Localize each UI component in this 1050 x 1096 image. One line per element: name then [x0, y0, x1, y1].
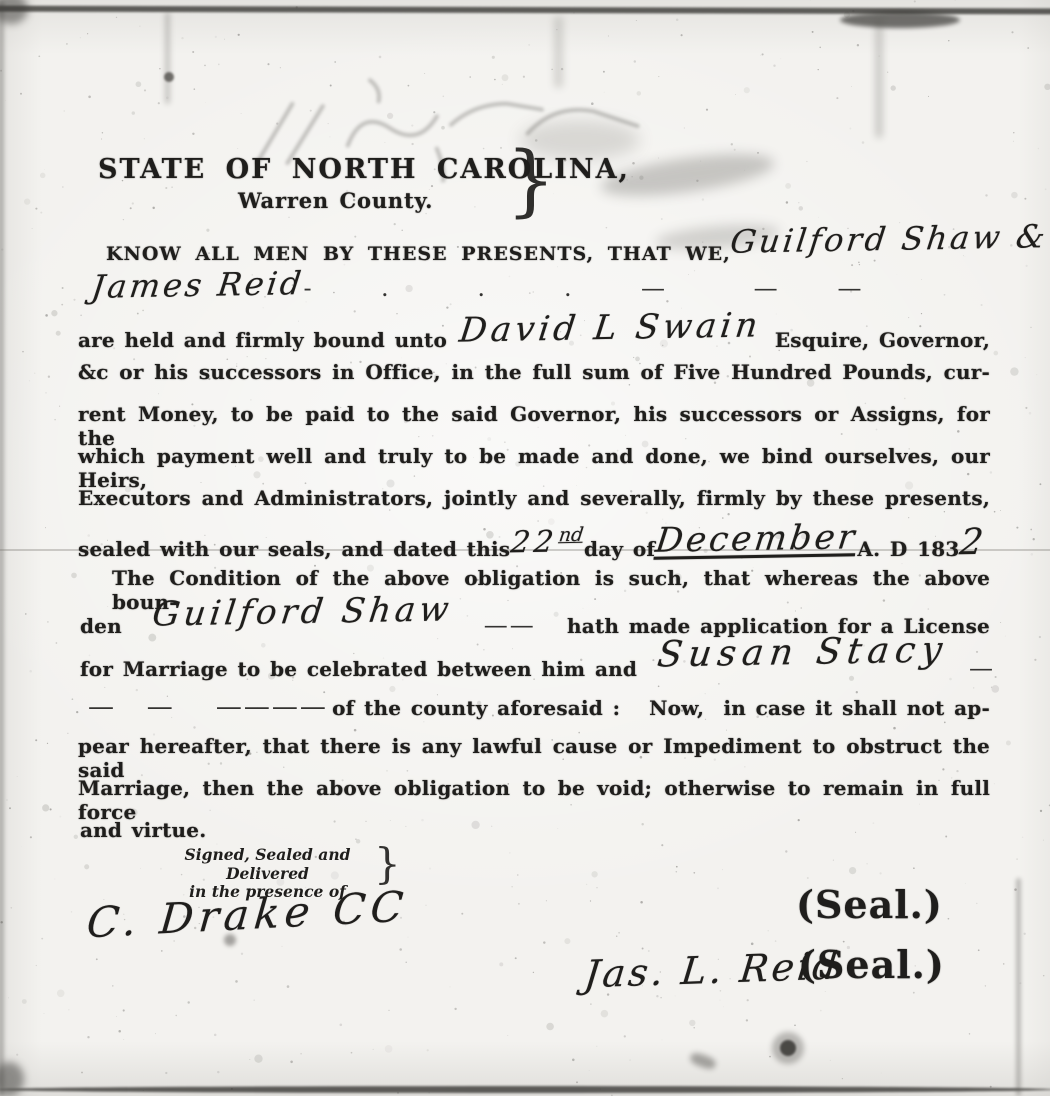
- den-dash: ——: [484, 611, 536, 639]
- seal-bottom: (Seal.): [798, 942, 945, 987]
- bound-printed-post: Esquire, Governor,: [775, 328, 990, 352]
- document-text: STATE OF NORTH CAROLINA, } Warren County…: [0, 0, 1050, 1096]
- body-line-rent: rent Money, to be paid to the said Gover…: [78, 402, 990, 450]
- filler-dashes: - . . . — — —: [304, 274, 864, 302]
- dated-printed-mid: day of: [584, 537, 655, 561]
- bound-line: are held and firmly bound unto David L S…: [78, 316, 990, 356]
- principal1-name-handwritten: Guilford Shaw &: [728, 217, 1050, 261]
- attest-brace: }: [374, 843, 401, 885]
- day-handwritten: 22: [509, 525, 560, 561]
- body-line-payment: which payment well and truly to be made …: [78, 444, 990, 492]
- body-line-virtue: and virtue.: [80, 818, 206, 842]
- opening-line: KNOW ALL MEN BY THESE PRESENTS, THAT WE,…: [106, 230, 990, 268]
- seal-top: (Seal.): [796, 882, 943, 927]
- body-line-sum: &c or his successors in Office, in the f…: [78, 360, 990, 384]
- dated-printed-era: A. D 183: [857, 537, 959, 561]
- bride-name-handwritten: Susan Stacy: [655, 629, 950, 675]
- governor-name-handwritten: David L Swain: [458, 305, 765, 350]
- body-line-pear: pear hereafter, that there is any lawful…: [78, 734, 990, 782]
- county-aforesaid-line: — — ———— of the county aforesaid : Now, …: [88, 692, 990, 722]
- witness-signature: C. Drake CC: [85, 882, 410, 948]
- month-handwritten: December: [653, 517, 859, 561]
- den-printed-pre: den: [80, 614, 122, 638]
- opening-printed-text: KNOW ALL MEN BY THESE PRESENTS, THAT WE,: [106, 243, 731, 265]
- bound-printed-pre: are held and firmly bound unto: [78, 328, 447, 352]
- principal2-name-handwritten: James Reid: [89, 264, 306, 306]
- county-printed-post: of the county aforesaid : Now, in case i…: [332, 696, 990, 720]
- day-ordinal-handwritten: nd: [558, 524, 585, 546]
- marriage-bond-document: STATE OF NORTH CAROLINA, } Warren County…: [0, 0, 1050, 1096]
- dated-printed-pre: sealed with our seals, and dated this: [78, 537, 510, 561]
- header-brace: }: [506, 146, 556, 216]
- marriage-line: for Marriage to be celebrated between hi…: [80, 644, 995, 685]
- applicant-name-handwritten: Guilford Shaw: [150, 589, 455, 634]
- year-digit-handwritten: 2: [958, 522, 986, 563]
- attest-line-1: Signed, Sealed and Delivered: [160, 846, 375, 883]
- principal2-line: James Reid - . . . — — —: [92, 266, 860, 304]
- marriage-printed-pre: for Marriage to be celebrated between hi…: [80, 657, 637, 681]
- dated-day-group: 22nd: [511, 529, 584, 564]
- body-line-void: Marriage, then the above obligation to b…: [78, 776, 990, 824]
- marriage-dash: —: [969, 654, 995, 682]
- dated-line: sealed with our seals, and dated this 22…: [78, 524, 983, 565]
- body-line-executors: Executors and Administrators, jointly an…: [78, 486, 990, 510]
- county-filler-dashes: — — ————: [88, 692, 328, 722]
- county-subtitle: Warren County.: [238, 188, 433, 213]
